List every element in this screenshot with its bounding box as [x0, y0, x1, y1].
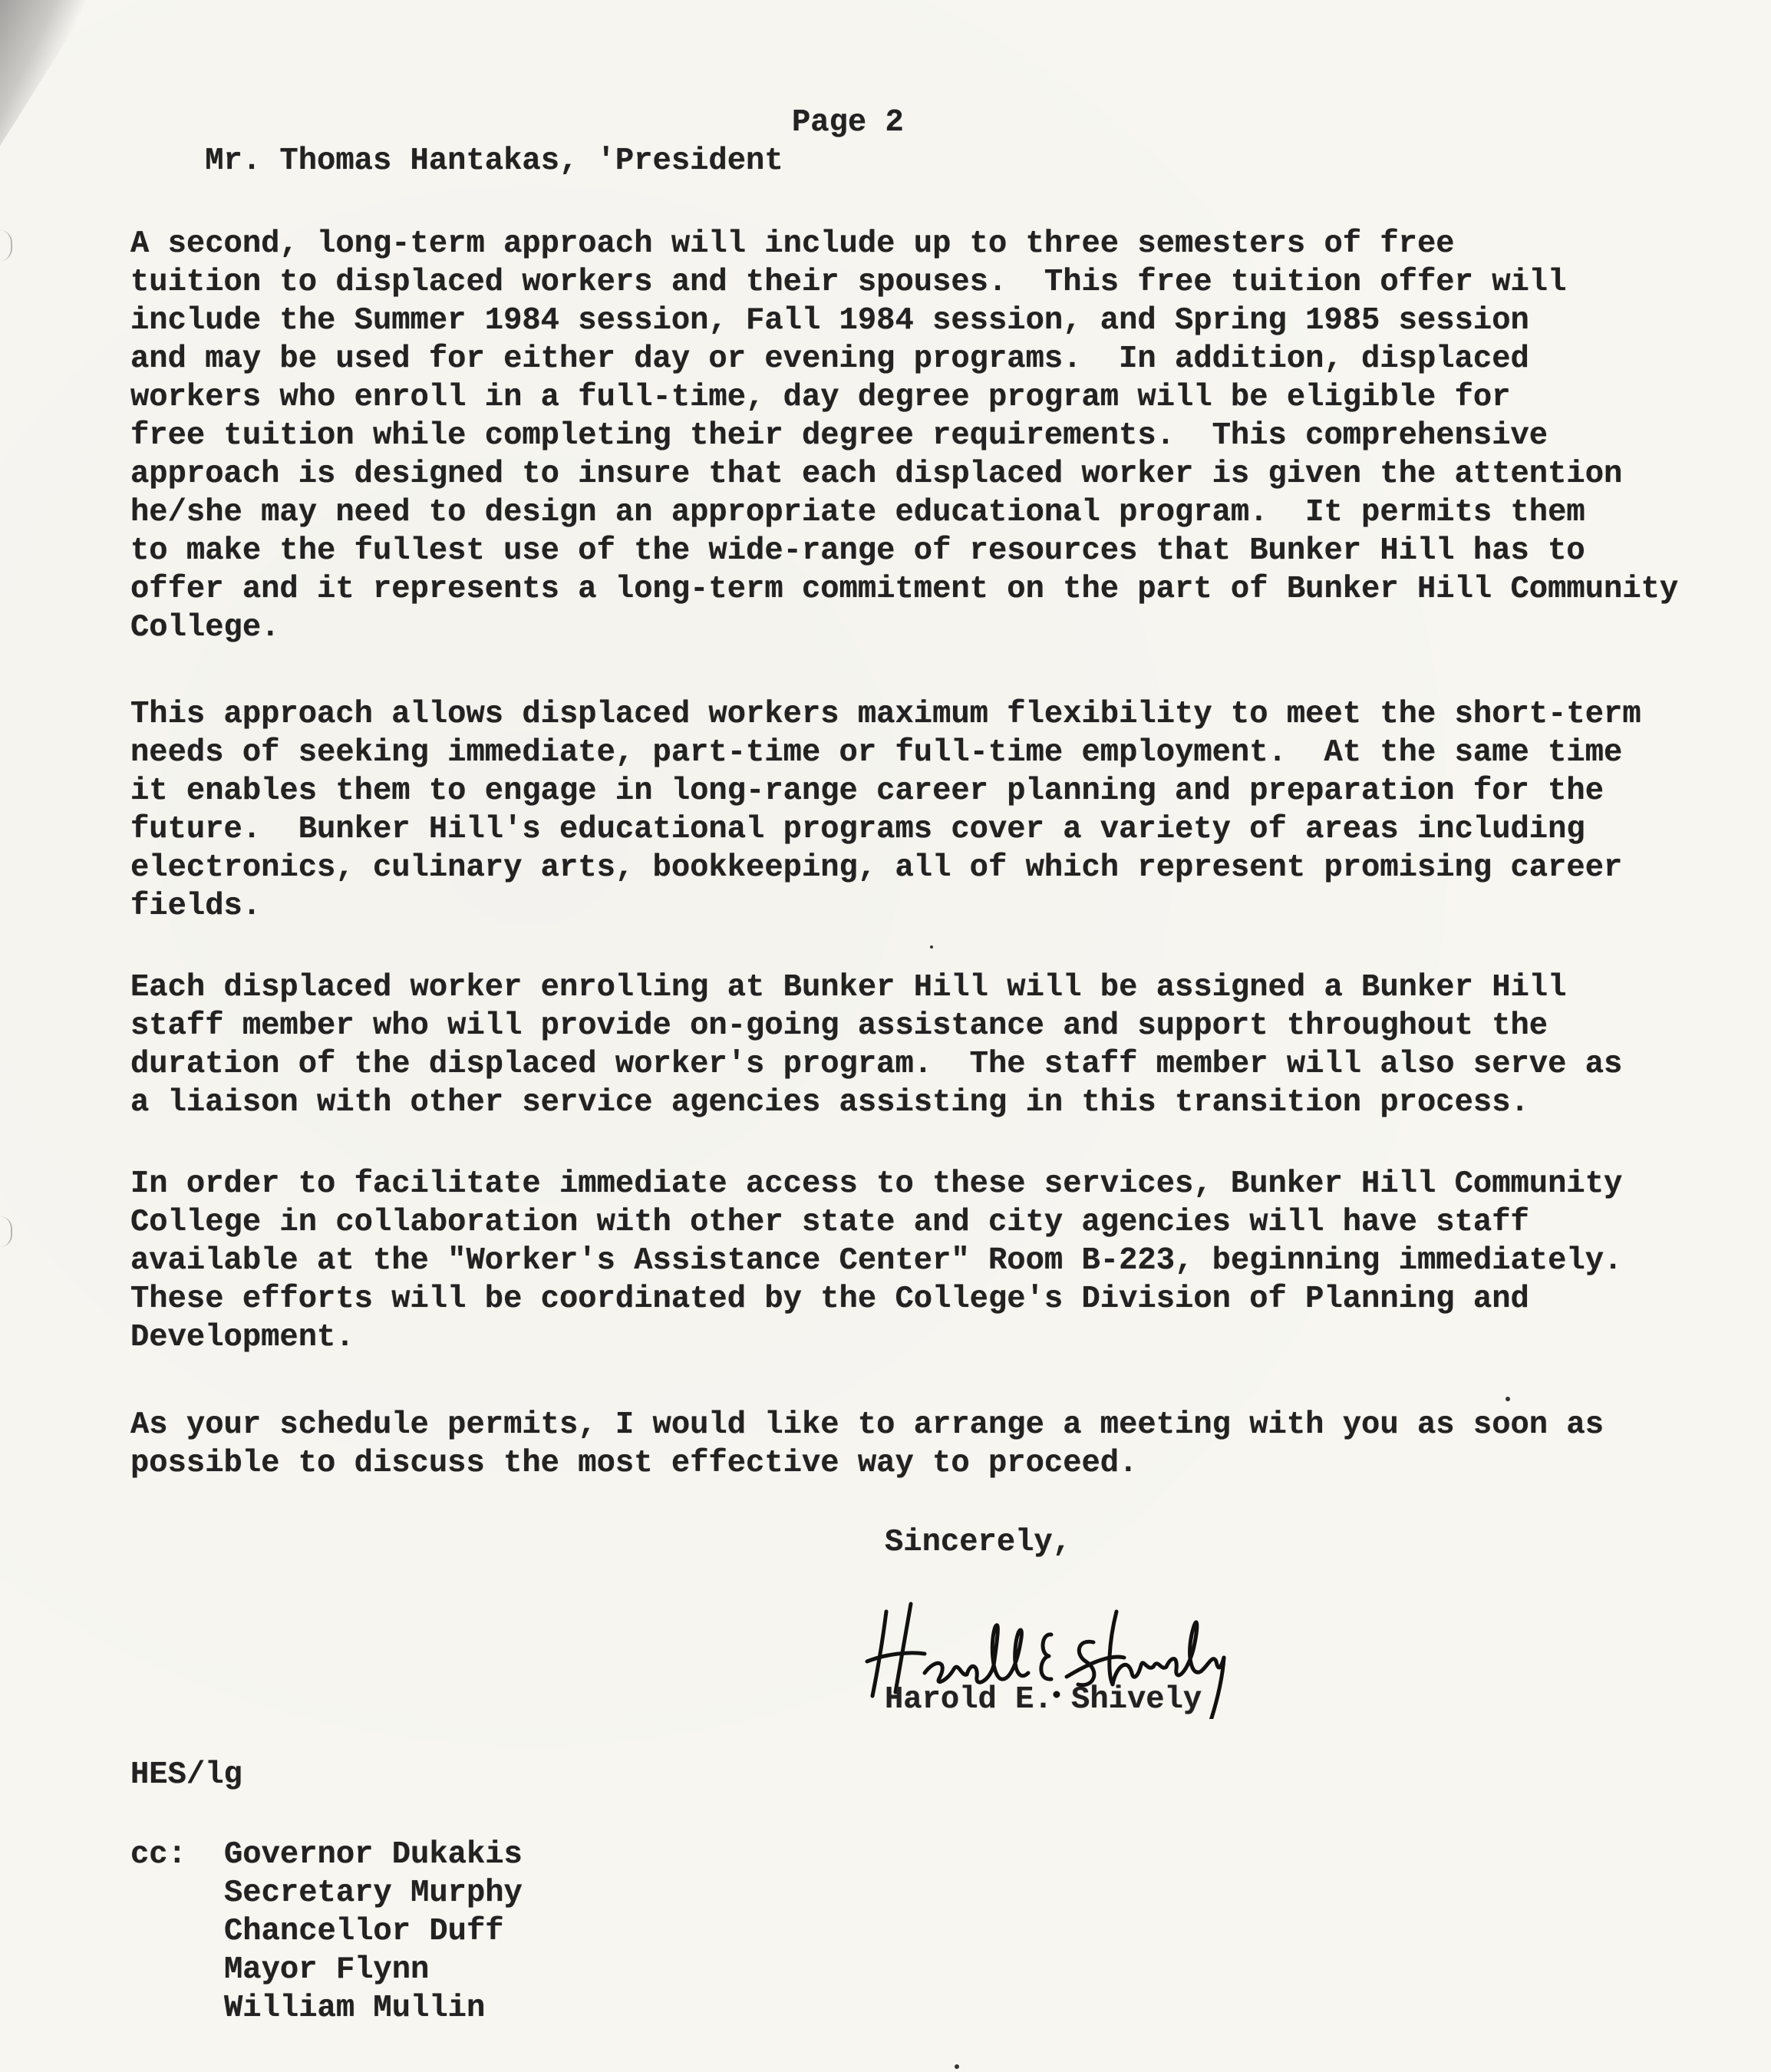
valediction: Sincerely,	[885, 1523, 1071, 1562]
text-line: possible to discuss the most effective w…	[130, 1444, 1604, 1483]
signer-block: Harold E. Shively	[885, 1681, 1202, 1719]
punch-hole-mark	[0, 230, 12, 261]
text-line: offer and it represents a long-term comm…	[130, 570, 1678, 609]
closing-block: Sincerely,	[885, 1523, 1071, 1562]
text-line: include the Summer 1984 session, Fall 19…	[130, 302, 1678, 340]
page-number: Page 2	[792, 104, 904, 142]
text-line: and may be used for either day or evenin…	[130, 340, 1678, 378]
text-line: College.	[130, 609, 1678, 647]
text-line: Development.	[130, 1318, 1622, 1357]
text-line: These efforts will be coordinated by the…	[130, 1280, 1622, 1318]
text-line: workers who enroll in a full-time, day d…	[130, 378, 1678, 417]
text-line: Each displaced worker enrolling at Bunke…	[130, 968, 1622, 1007]
body-paragraph-3: Each displaced worker enrolling at Bunke…	[130, 968, 1622, 1122]
cc-recipient: Chancellor Duff	[224, 1912, 523, 1951]
text-line: needs of seeking immediate, part-time or…	[130, 734, 1641, 772]
body-paragraph-2: This approach allows displaced workers m…	[130, 695, 1641, 925]
text-line: free tuition while completing their degr…	[130, 417, 1678, 455]
text-line: electronics, culinary arts, bookkeeping,…	[130, 849, 1641, 887]
text-line: approach is designed to insure that each…	[130, 455, 1678, 493]
scan-corner-smudge	[0, 0, 92, 146]
scan-speck	[955, 2064, 959, 2069]
punch-hole-mark	[0, 1216, 12, 1247]
text-line: fields.	[130, 887, 1641, 925]
reference-initials: HES/lg	[130, 1756, 242, 1794]
body-paragraph-1: A second, long-term approach will includ…	[130, 225, 1678, 647]
text-line: As your schedule permits, I would like t…	[130, 1406, 1604, 1444]
text-line: to make the fullest use of the wide-rang…	[130, 532, 1678, 570]
text-line: he/she may need to design an appropriate…	[130, 493, 1678, 532]
text-line: available at the "Worker's Assistance Ce…	[130, 1242, 1622, 1280]
scan-speck	[1506, 1397, 1510, 1401]
text-line: A second, long-term approach will includ…	[130, 225, 1678, 263]
text-line: College in collaboration with other stat…	[130, 1203, 1622, 1242]
text-line: In order to facilitate immediate access …	[130, 1165, 1622, 1203]
body-paragraph-5: As your schedule permits, I would like t…	[130, 1406, 1604, 1483]
cc-label: cc:	[130, 1836, 186, 1874]
text-line: a liaison with other service agencies as…	[130, 1084, 1622, 1122]
text-line: This approach allows displaced workers m…	[130, 695, 1641, 734]
cc-recipient: Governor Dukakis	[224, 1836, 523, 1874]
recipient-line: Mr. Thomas Hantakas, 'President	[205, 144, 783, 179]
cc-recipient-list: Governor Dukakis Secretary Murphy Chance…	[224, 1836, 523, 2027]
scan-speck	[930, 945, 933, 949]
cc-recipient: Secretary Murphy	[224, 1874, 523, 1912]
text-line: future. Bunker Hill's educational progra…	[130, 810, 1641, 849]
cc-recipient: William Mullin	[224, 1989, 523, 2027]
signer-name: Harold E. Shively	[885, 1681, 1202, 1719]
text-line: staff member who will provide on-going a…	[130, 1007, 1622, 1045]
letter-page: Mr. Thomas Hantakas, 'President Page 2 A…	[0, 0, 1771, 2072]
cc-recipient: Mayor Flynn	[224, 1951, 523, 1989]
text-line: tuition to displaced workers and their s…	[130, 263, 1678, 302]
body-paragraph-4: In order to facilitate immediate access …	[130, 1165, 1622, 1357]
text-line: it enables them to engage in long-range …	[130, 772, 1641, 810]
text-line: duration of the displaced worker's progr…	[130, 1045, 1622, 1084]
